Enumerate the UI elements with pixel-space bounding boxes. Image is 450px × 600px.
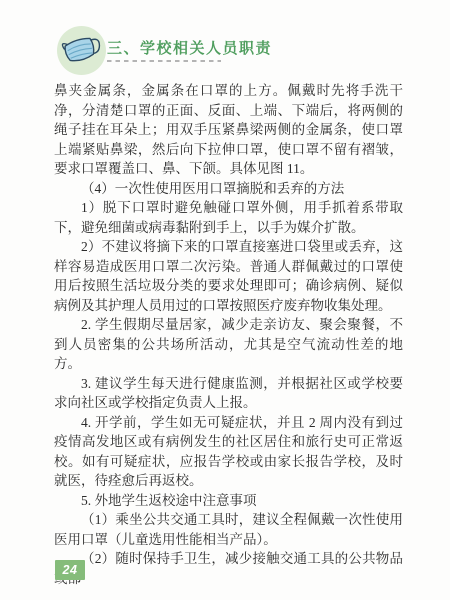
page-number-badge: 24 <box>55 560 85 580</box>
paragraph: 3. 建议学生每天进行健康监测，并根据社区或学校要求向社区或学校指定负责人上报。 <box>54 374 403 413</box>
section-title: 三、学校相关人员职责 <box>107 37 272 58</box>
paragraph: （2）随时保持手卫生，减少接触交通工具的公共物品或部 <box>54 549 403 588</box>
paragraph: 2. 学生假期尽量居家，减少走亲访友、聚会聚餐，不到人员密集的公共场所活动，尤其… <box>54 315 403 374</box>
book-page: 三、学校相关人员职责 鼻夹金属条，金属条在口罩的上方。佩戴时先将手洗干净，分清楚… <box>0 0 450 600</box>
paragraph: （1）乘坐公共交通工具时，建议全程佩戴一次性使用医用口罩（儿童选用性能相当产品）… <box>54 510 403 549</box>
paragraph: （4）一次性使用医用口罩摘脱和丢弃的方法 <box>54 179 403 199</box>
paragraph: 鼻夹金属条，金属条在口罩的上方。佩戴时先将手洗干净，分清楚口罩的正面、反面、上端… <box>54 81 403 179</box>
paragraph: 2）不建议将摘下来的口罩直接塞进口袋里或丢弃，这样容易造成医用口罩二次污染。普通… <box>54 237 403 315</box>
surgical-mask-icon <box>57 26 106 75</box>
body-text: 鼻夹金属条，金属条在口罩的上方。佩戴时先将手洗干净，分清楚口罩的正面、反面、上端… <box>54 81 403 588</box>
section-header: 三、学校相关人员职责 <box>0 0 450 80</box>
paragraph: 1）脱下口罩时避免触碰口罩外侧，用手抓着系带取下，避免细菌或病毒黏附到手上，以手… <box>54 198 403 237</box>
paragraph: 5. 外地学生返校途中注意事项 <box>54 491 403 511</box>
paragraph: 4. 开学前，学生如无可疑症状，并且 2 周内没有到过疫情高发地区或有病例发生的… <box>54 413 403 491</box>
dashed-divider <box>107 60 221 62</box>
